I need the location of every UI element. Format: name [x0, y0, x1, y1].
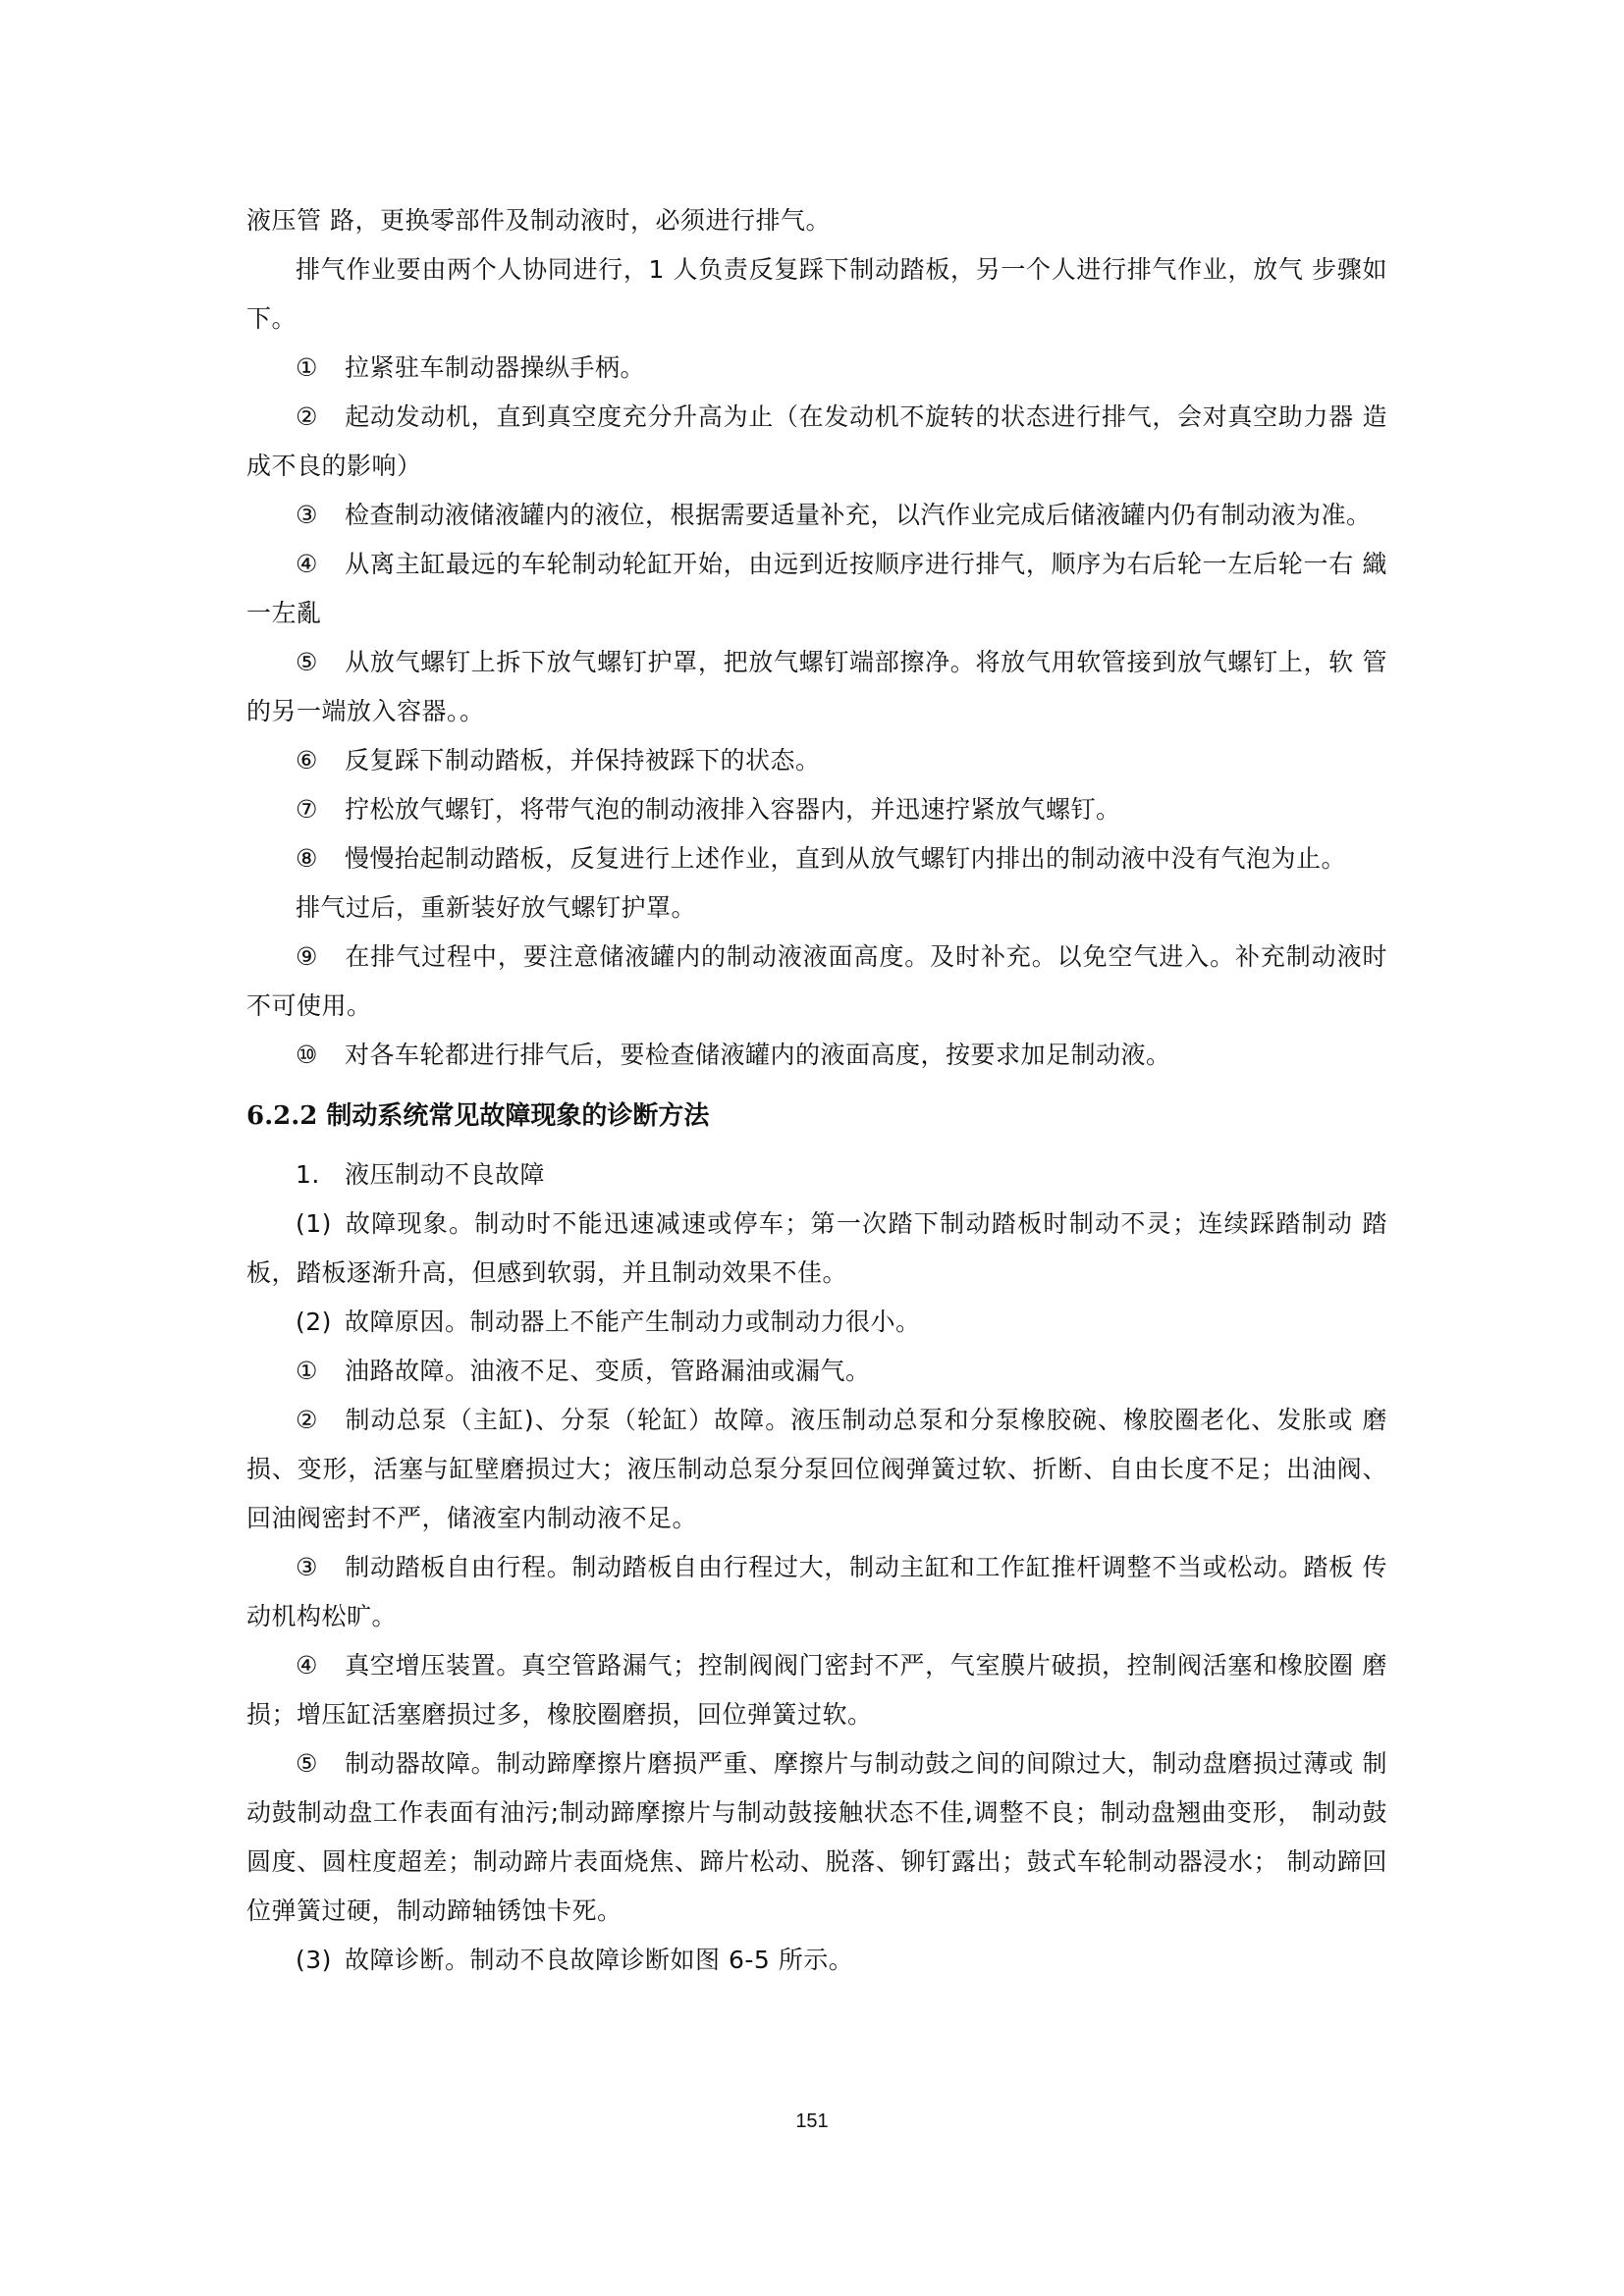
step-number: ⑧: [296, 834, 345, 883]
step-number: ⑥: [296, 736, 345, 785]
step-text: 在排气过程中，要注意储液罐内的制动液液面高度。及时补充。以免空气进入。补充制动液…: [246, 942, 1387, 1020]
intro-continuation-paragraph: 液压管 路，更换零部件及制动液时，必须进行排气。: [246, 196, 1387, 245]
bleed-step-4: ④从离主缸最远的车轮制动轮缸开始，由远到近按顺序进行排气，顺序为右后轮一左后轮一…: [246, 540, 1387, 638]
item-number: (1): [296, 1200, 345, 1249]
bleed-step-1: ①拉紧驻车制动器操纵手柄。: [246, 344, 1387, 393]
step-text: 从离主缸最远的车轮制动轮缸开始，由远到近按顺序进行排气，顺序为右后轮一左后轮一右…: [246, 550, 1387, 627]
bleed-step-6: ⑥反复踩下制动踏板，并保持被踩下的状态。: [246, 736, 1387, 785]
step-text: 对各车轮都进行排气后，要检查储液罐内的液面高度，按要求加足制动液。: [345, 1041, 1171, 1069]
step-text: 检查制动液储液罐内的液位，根据需要适量补充，以汽作业完成后储液罐内仍有制动液为准…: [345, 501, 1372, 529]
section-heading: 6.2.2 制动系统常见故障现象的诊断方法: [246, 1092, 1387, 1141]
step-number: ②: [296, 393, 345, 442]
document-page: 液压管 路，更换零部件及制动液时，必须进行排气。 排气作业要由两个人协同进行，1…: [246, 196, 1387, 1985]
step-number: ⑦: [296, 785, 345, 834]
step-text: 拧松放气螺钉，将带气泡的制动液排入容器内，并迅速拧紧放气螺钉。: [345, 795, 1121, 824]
step-number: ⑤: [296, 638, 345, 687]
step-text: 反复踩下制动踏板，并保持被踩下的状态。: [345, 746, 821, 774]
step-number: ⑨: [296, 933, 345, 982]
item-text: 故障现象。制动时不能迅速减速或停车；第一次踏下制动踏板时制动不灵；连续踩踏制动 …: [246, 1209, 1387, 1287]
step-text: 从放气螺钉上拆下放气螺钉护罩，把放气螺钉端部擦净。将放气用软管接到放气螺钉上，软…: [246, 648, 1387, 725]
item-text: 油路故障。油液不足、变质，管路漏油或漏气。: [345, 1357, 871, 1385]
step-number: ①: [296, 344, 345, 393]
bleed-step-5: ⑤从放气螺钉上拆下放气螺钉护罩，把放气螺钉端部擦净。将放气用软管接到放气螺钉上，…: [246, 638, 1387, 736]
step-number: ⑩: [296, 1031, 345, 1080]
bleed-step-9: ⑨在排气过程中，要注意储液罐内的制动液液面高度。及时补充。以免空气进入。补充制动…: [246, 933, 1387, 1031]
step-text: 起动发动机，直到真空度充分升高为止（在发动机不旋转的状态进行排气，会对真空助力器…: [246, 402, 1387, 480]
subsection-text: 液压制动不良故障: [345, 1160, 545, 1189]
item-text: 制动踏板自由行程。制动踏板自由行程过大，制动主缸和工作缸推杆调整不当或松动。踏板…: [246, 1553, 1387, 1630]
item-number: ③: [296, 1543, 345, 1592]
item-text: 故障诊断。制动不良故障诊断如图 6-5 所示。: [345, 1946, 853, 1974]
bleed-step-3: ③检查制动液储液罐内的液位，根据需要适量补充，以汽作业完成后储液罐内仍有制动液为…: [246, 491, 1387, 540]
fault-diagnosis-item: (3)故障诊断。制动不良故障诊断如图 6-5 所示。: [246, 1936, 1387, 1985]
item-number: ②: [296, 1396, 345, 1445]
bleed-step-7: ⑦拧松放气螺钉，将带气泡的制动液排入容器内，并迅速拧紧放气螺钉。: [246, 785, 1387, 834]
after-bleed-paragraph: 排气过后，重新装好放气螺钉护罩。: [246, 883, 1387, 933]
item-number: ①: [296, 1347, 345, 1396]
item-number: ⑤: [296, 1739, 345, 1789]
subsection-title: 1.液压制动不良故障: [246, 1150, 1387, 1200]
cause-item-3: ③制动踏板自由行程。制动踏板自由行程过大，制动主缸和工作缸推杆调整不当或松动。踏…: [246, 1543, 1387, 1641]
item-number: ④: [296, 1641, 345, 1690]
cause-item-4: ④真空增压装置。真空管路漏气；控制阀阀门密封不严，气室膜片破损，控制阀活塞和橡胶…: [246, 1641, 1387, 1739]
item-number: (2): [296, 1298, 345, 1347]
cause-item-2: ②制动总泵（主缸)、分泵（轮缸）故障。液压制动总泵和分泵橡胶碗、橡胶圈老化、发胀…: [246, 1396, 1387, 1543]
fault-symptom-item: (1)故障现象。制动时不能迅速减速或停车；第一次踏下制动踏板时制动不灵；连续踩踏…: [246, 1200, 1387, 1298]
item-text: 制动总泵（主缸)、分泵（轮缸）故障。液压制动总泵和分泵橡胶碗、橡胶圈老化、发胀或…: [246, 1406, 1387, 1532]
bleed-step-2: ②起动发动机，直到真空度充分升高为止（在发动机不旋转的状态进行排气，会对真空助力…: [246, 393, 1387, 491]
subsection-number: 1.: [296, 1150, 345, 1200]
item-text: 故障原因。制动器上不能产生制动力或制动力很小。: [345, 1308, 921, 1336]
step-number: ③: [296, 491, 345, 540]
cause-item-1: ①油路故障。油液不足、变质，管路漏油或漏气。: [246, 1347, 1387, 1396]
step-text: 慢慢抬起制动踏板，反复进行上述作业，直到从放气螺钉内排出的制动液中没有气泡为止。: [345, 844, 1346, 873]
bleed-step-8: ⑧慢慢抬起制动踏板，反复进行上述作业，直到从放气螺钉内排出的制动液中没有气泡为止…: [246, 834, 1387, 883]
fault-cause-item: (2)故障原因。制动器上不能产生制动力或制动力很小。: [246, 1298, 1387, 1347]
cause-item-5: ⑤制动器故障。制动蹄摩擦片磨损严重、摩擦片与制动鼓之间的间隙过大，制动盘磨损过薄…: [246, 1739, 1387, 1936]
page-number: 151: [0, 2110, 1624, 2133]
item-number: (3): [296, 1936, 345, 1985]
item-text: 真空增压装置。真空管路漏气；控制阀阀门密封不严，气室膜片破损，控制阀活塞和橡胶圈…: [246, 1651, 1387, 1729]
bleed-intro-paragraph: 排气作业要由两个人协同进行，1 人负责反复踩下制动踏板，另一个人进行排气作业，放…: [246, 245, 1387, 344]
step-number: ④: [296, 540, 345, 589]
step-text: 拉紧驻车制动器操纵手柄。: [345, 353, 645, 382]
item-text: 制动器故障。制动蹄摩擦片磨损严重、摩擦片与制动鼓之间的间隙过大，制动盘磨损过薄或…: [246, 1749, 1387, 1925]
bleed-step-10: ⑩对各车轮都进行排气后，要检查储液罐内的液面高度，按要求加足制动液。: [246, 1031, 1387, 1080]
